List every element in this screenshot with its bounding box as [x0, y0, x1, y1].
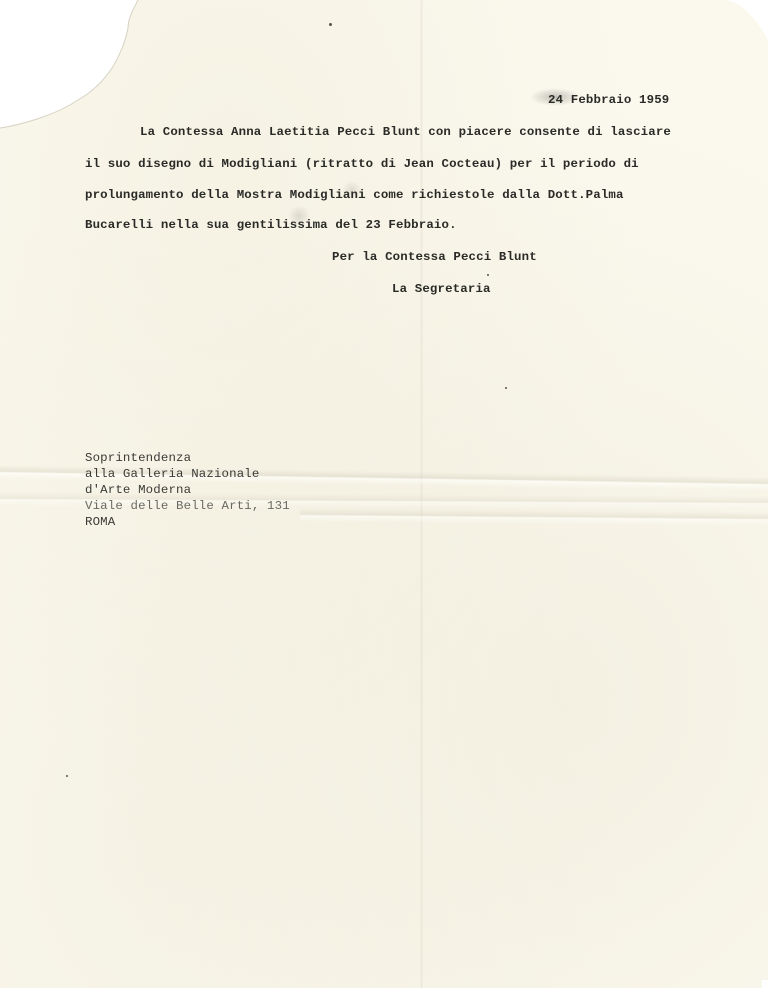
- signature-line-2: La Segretaria: [392, 283, 491, 295]
- body-line-4: Bucarelli nella sua gentilissima del 23 …: [85, 219, 457, 231]
- page-edge: [762, 980, 768, 988]
- recipient-line-1: Soprintendenza: [85, 452, 191, 464]
- recipient-line-4: Viale delle Belle Arti, 131: [85, 500, 290, 512]
- recipient-line-3: d'Arte Moderna: [85, 484, 191, 496]
- torn-corner-top-left: [0, 0, 145, 135]
- paper-speck: [66, 775, 68, 777]
- body-line-2: il suo disegno di Modigliani (ritratto d…: [85, 158, 639, 170]
- letter-page: 24 Febbraio 1959 La Contessa Anna Laetit…: [0, 0, 768, 988]
- body-line-3: prolungamento della Mostra Modigliani co…: [85, 189, 624, 201]
- paper-speck: [505, 387, 507, 389]
- signature-line-1: Per la Contessa Pecci Blunt: [332, 251, 537, 263]
- recipient-line-2: alla Galleria Nazionale: [85, 468, 259, 480]
- letter-date: 24 Febbraio 1959: [548, 94, 669, 106]
- paper-speck: [329, 23, 332, 26]
- recipient-line-5: ROMA: [85, 516, 115, 528]
- body-line-1: La Contessa Anna Laetitia Pecci Blunt co…: [140, 126, 671, 138]
- torn-corner-top-right: [728, 0, 768, 40]
- paper-speck: [487, 274, 489, 276]
